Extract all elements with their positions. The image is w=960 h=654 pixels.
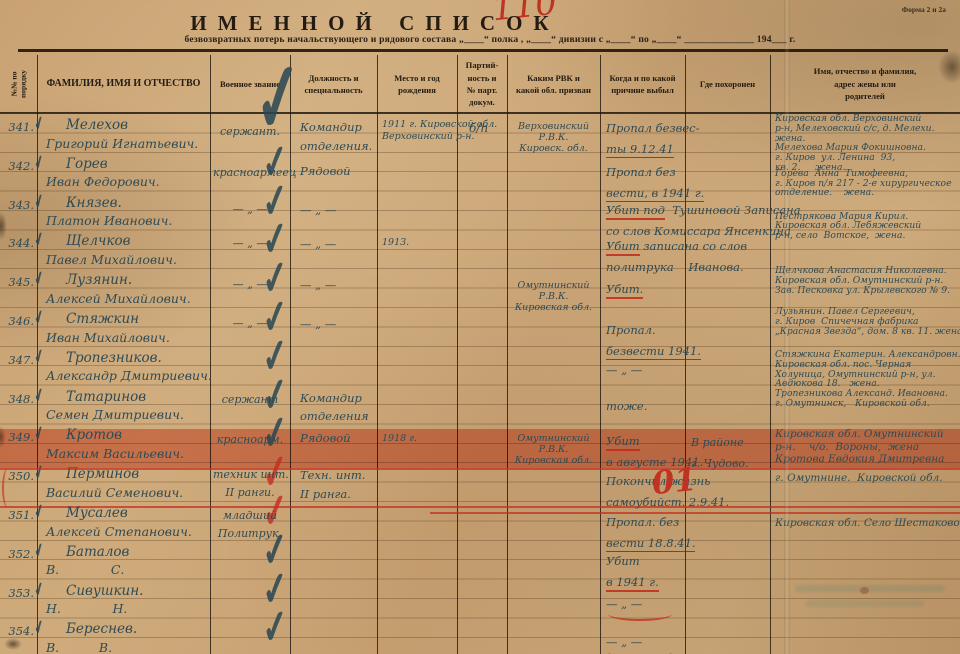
column-header-line: № парт. <box>467 84 497 96</box>
cell-casualty-cause: — „ — <box>606 363 642 377</box>
cell-position-specialty: Командир <box>300 391 362 405</box>
cell-full-name: Мелехов <box>66 117 128 133</box>
table-row: 352.✓✓БаталовВ. С.Убитв 1941 г. <box>0 540 960 579</box>
header-rule <box>18 49 948 52</box>
cell-full-name: Иван Михайлович. <box>46 330 170 345</box>
row-number: 342. <box>4 159 34 173</box>
column-header-line: родителей <box>845 90 885 102</box>
cell-casualty-cause: Пропал. без <box>606 515 679 529</box>
row-tick-icon: ✓ <box>32 151 47 175</box>
table-row: 354.✓✓Береснев.В. В.— „ — <box>0 617 960 654</box>
row-number: 352. <box>4 547 34 561</box>
cell-position-specialty: Техн. инт. <box>300 468 365 482</box>
row-tick-icon: ✓ <box>32 345 47 369</box>
cell-full-name: Горев <box>66 156 108 172</box>
cell-full-name: Платон Иванович. <box>46 213 172 228</box>
red-check-arc <box>608 645 672 654</box>
column-header-line: Место и год <box>394 72 439 84</box>
cell-military-rank: — „ — <box>213 278 287 291</box>
row-number: 353. <box>4 586 34 600</box>
cell-birth-place-year: 1913. <box>382 237 409 248</box>
cell-full-name: Алексей Михайлович. <box>46 291 191 306</box>
row-tick-icon: ✓ <box>32 500 47 524</box>
table-row: 343.✓✓Князев.Платон Иванович.— „ —— „ —У… <box>0 191 960 230</box>
cell-relatives-address: Кировская обл. Омутнинский <box>775 428 943 440</box>
cell-full-name: Семен Дмитриевич. <box>46 407 184 422</box>
cell-recruiting-office: Верховинский <box>509 121 598 132</box>
cell-full-name: Василий Семенович. <box>46 485 183 500</box>
cell-casualty-cause: Пропал. <box>606 323 656 337</box>
row-tick-icon: ✓ <box>32 112 47 136</box>
cell-casualty-cause: Пропал без <box>606 165 676 179</box>
column-header-line: рождения <box>398 84 436 96</box>
table-row: 353.✓✓Сивушкин.Н. Н.— „ — <box>0 579 960 618</box>
row-number: 346. <box>4 314 34 328</box>
column-header-line: специальность <box>304 84 362 96</box>
row-number: 349. <box>4 430 34 444</box>
verification-check-icon: ✓ <box>260 599 289 654</box>
row-tick-icon: ✓ <box>32 306 47 330</box>
column-header-line: Партий- <box>466 59 499 71</box>
cell-casualty-cause: тоже. <box>606 399 647 413</box>
column-header-line: докум. <box>469 96 495 108</box>
cell-position-specialty: отделения <box>300 409 369 423</box>
table-row: 348.✓✓ТатариновСемен Дмитриевич.сержантК… <box>0 385 960 424</box>
row-number: 343. <box>4 198 34 212</box>
cell-full-name: Тропезников. <box>66 350 162 366</box>
cell-position-specialty: Рядовой <box>300 164 351 178</box>
row-tick-icon: ✓ <box>32 229 47 253</box>
column-header-line: какой обл. призван <box>516 84 591 96</box>
table-row: 344.✓✓ЩелчковПавел Михайлович.— „ —— „ —… <box>0 229 960 268</box>
row-number: 354. <box>4 624 34 638</box>
cell-full-name: В. С. <box>46 562 124 577</box>
cell-relatives-address: г. Омутнине. Кировской обл. <box>775 472 943 484</box>
cell-casualty-cause: Убит. <box>606 282 643 299</box>
cell-party-status: б/п <box>469 121 488 135</box>
cell-full-name: Алексей Степанович. <box>46 524 192 539</box>
row-tick-icon: ✓ <box>32 268 47 292</box>
cause-text-segment: Убит под <box>606 203 665 220</box>
column-header-line: Когда и по какой <box>609 72 675 84</box>
column-header-line: причине выбыл <box>611 84 674 96</box>
cause-text-segment: Убит <box>606 239 640 256</box>
cell-recruiting-office: Р.В.К. <box>509 291 598 302</box>
cell-full-name: Иван Федорович. <box>46 174 160 189</box>
cell-position-specialty: — „ — <box>300 237 336 251</box>
row-number: 348. <box>4 392 34 406</box>
cell-recruiting-office: Омутнинский <box>509 280 598 291</box>
cell-burial-place: В районе <box>691 436 744 449</box>
cell-position-specialty: — „ — <box>300 203 336 217</box>
cell-position-specialty: — „ — <box>300 317 336 331</box>
column-header-line: порядку <box>19 70 28 98</box>
cell-recruiting-office: Омутнинский <box>509 433 598 444</box>
cell-full-name: В. В. <box>46 640 112 654</box>
cell-casualty-cause: Убит <box>606 554 640 568</box>
cell-position-specialty: Рядовой <box>300 431 351 445</box>
column-header: Партий-ность и№ парт.докум. <box>457 55 507 113</box>
row-tick-icon: ✓ <box>32 190 47 214</box>
table-row: 342.✓✓ГоревИван Федорович.красноармеецРя… <box>0 152 960 191</box>
column-header-line: ность и <box>468 72 497 84</box>
cell-full-name: Кротов <box>66 427 122 443</box>
cell-full-name: Н. Н. <box>46 601 127 616</box>
cell-full-name: Щелчков <box>66 233 130 249</box>
cause-text-segment: записана со слов <box>640 239 747 253</box>
cell-full-name: Сивушкин. <box>66 583 143 599</box>
column-header: Место и годрождения <box>377 55 457 113</box>
column-header: Где похоронен <box>685 55 770 113</box>
table-row: 345.✓✓Лузянин.Алексей Михайлович.— „ —— … <box>0 268 960 307</box>
cell-military-rank: сержант <box>213 393 287 406</box>
cell-full-name: Береснев. <box>66 621 137 637</box>
row-tick-icon: ✓ <box>32 617 47 641</box>
column-header-line: адрес жены или <box>834 78 896 90</box>
red-box-top-line <box>0 468 960 470</box>
cell-full-name: Мусалев <box>66 505 128 521</box>
scanned-document-page: Форма 2 и 2а 110 ИМЕННОЙ СПИСОК безвозвр… <box>0 0 960 654</box>
cell-position-specialty: отделения. <box>300 139 372 153</box>
column-header-line: №№ по <box>10 71 19 96</box>
cell-casualty-cause: Убит под Тушиновой Записана <box>606 203 771 217</box>
cell-birth-place-year: Верховинский р-н. <box>382 131 475 142</box>
cell-full-name: Максим Васильевич. <box>46 446 184 461</box>
column-header-line: Имя, отчество и фамилия, <box>814 65 916 77</box>
cell-full-name: Стяжкин <box>66 311 139 327</box>
row-tick-icon: ✓ <box>32 539 47 563</box>
column-header-line: ФАМИЛИЯ, ИМЯ И ОТЧЕСТВО <box>47 77 201 92</box>
cell-recruiting-office: Р.В.К. <box>509 444 598 455</box>
cell-relatives-address: р-н. ч/о. Вороны, жена <box>775 441 919 453</box>
table-row: 347.✓✓Тропезников.Александр Дмитриевич.—… <box>0 346 960 385</box>
row-number: 344. <box>4 236 34 250</box>
cell-birth-place-year: 1918 г. <box>382 433 417 444</box>
table-row: 341.✓✓МелеховГригорий Игнатьевич.сержант… <box>0 113 960 152</box>
row-tick-icon: ✓ <box>32 578 47 602</box>
cell-full-name: Баталов <box>66 544 129 560</box>
row-tick-icon: ✓ <box>32 384 47 408</box>
cell-position-specialty: II ранга. <box>300 487 351 501</box>
table-row: 346.✓✓СтяжкинИван Михайлович.— „ —— „ —П… <box>0 307 960 346</box>
row-number: 341. <box>4 120 34 134</box>
column-header: Имя, отчество и фамилия,адрес жены илиро… <box>770 55 960 113</box>
page-subtitle: безвозвратных потерь начальствующего и р… <box>60 34 920 45</box>
cell-full-name: Павел Михайлович. <box>46 252 177 267</box>
row-number: 345. <box>4 275 34 289</box>
column-header-line: Должность и <box>308 72 358 84</box>
table-row: 350.✓✓ПерминовВасилий Семенович.техник и… <box>0 462 960 501</box>
row-tick-icon: ✓ <box>32 462 47 486</box>
cell-full-name: Александр Дмитриевич. <box>46 368 212 383</box>
table-row: 349.✓✓КротовМаксим Васильевич.красноарм.… <box>0 423 960 462</box>
cell-military-rank: младший <box>213 509 287 522</box>
cell-casualty-cause: Убит записана со слов <box>606 239 771 253</box>
cell-position-specialty: Командир <box>300 120 362 134</box>
column-header: Должность испециальность <box>290 55 377 113</box>
cell-full-name: Григорий Игнатьевич. <box>46 136 198 151</box>
cell-military-rank: — „ — <box>213 237 287 250</box>
cell-full-name: Лузянин. <box>66 272 132 288</box>
table-row: 351.✓✓МусалевАлексей Степанович.младшийП… <box>0 501 960 540</box>
cell-military-rank: — „ — <box>213 317 287 330</box>
column-header: ФАМИЛИЯ, ИМЯ И ОТЧЕСТВО <box>37 55 210 113</box>
cell-full-name: Князев. <box>66 195 122 211</box>
column-header: Каким РВК икакой обл. призван <box>507 55 600 113</box>
column-header-line: Каким РВК и <box>527 72 580 84</box>
cell-casualty-cause: Пропал безвес- <box>606 121 699 135</box>
cell-relatives-address: Кировская обл. Село Шестаково. <box>775 517 960 529</box>
red-audit-mark: 01 <box>650 460 698 502</box>
page-title: ИМЕННОЙ СПИСОК <box>0 11 750 36</box>
column-header: Когда и по какойпричине выбыл <box>600 55 685 113</box>
column-header-line: Где похоронен <box>700 78 755 90</box>
row-number: 347. <box>4 353 34 367</box>
form-number-label: Форма 2 и 2а <box>902 5 946 14</box>
cell-casualty-cause: Убит <box>606 434 640 451</box>
row-number: 351. <box>4 508 34 522</box>
cell-recruiting-office: Р.В.К. <box>509 132 598 143</box>
cell-position-specialty: — „ — <box>300 278 336 292</box>
cell-full-name: Татаринов <box>66 389 146 405</box>
